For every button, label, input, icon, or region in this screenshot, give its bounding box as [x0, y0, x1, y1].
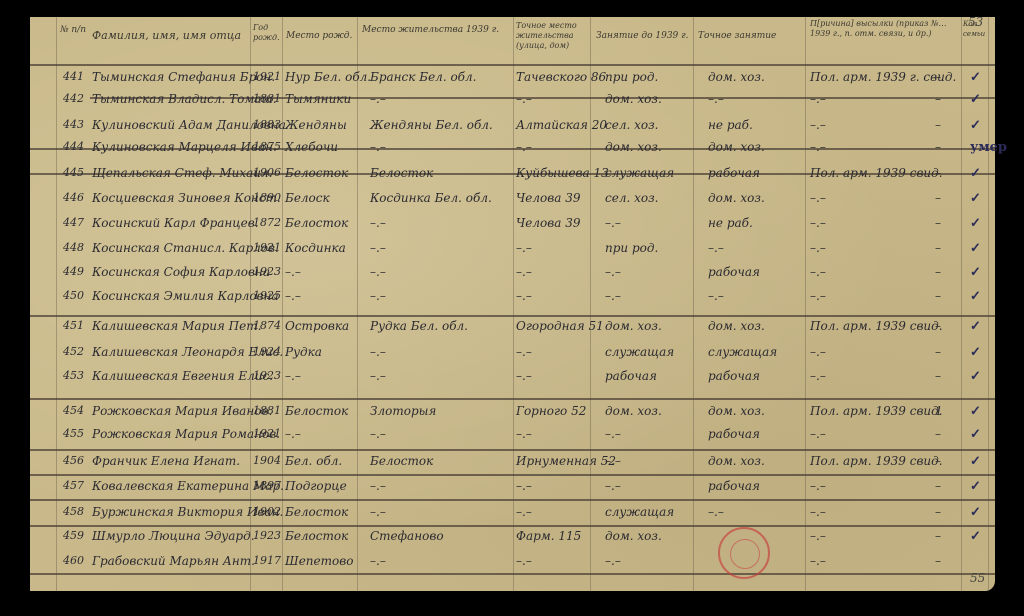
row-divider	[30, 315, 995, 317]
cell-residence: –.–	[370, 345, 386, 359]
cell-year: 1902	[253, 505, 281, 519]
cell-mark: ✓	[970, 241, 981, 256]
cell-birth: Тымяники	[285, 92, 351, 106]
cell-residence: Белосток	[370, 166, 433, 180]
cell-birth: Рудка	[285, 345, 322, 359]
cell-address: –.–	[516, 140, 532, 154]
cell-mark: ✓	[970, 216, 981, 231]
cell-address: –.–	[516, 289, 532, 303]
header-residence: Место жительства 1939 г.	[362, 25, 510, 35]
cell-birth: Нур Бел. обл.	[285, 70, 371, 84]
cell-mark: ✓	[970, 191, 981, 206]
cell-occupation-before: при род.	[605, 241, 658, 255]
cell-family: 1	[935, 404, 943, 418]
cell-family: –	[935, 140, 941, 154]
cell-address: –.–	[516, 554, 532, 568]
cell-family: –	[935, 92, 941, 106]
cell-residence: –.–	[370, 505, 386, 519]
cell-birth: Белосток	[285, 529, 348, 543]
cell-occupation-before: дом. хоз.	[605, 404, 662, 418]
cell-year: 1906	[253, 166, 281, 180]
column-divider	[56, 17, 57, 591]
cell-mark: ✓	[970, 529, 981, 544]
column-divider	[805, 17, 806, 591]
cell-address: Алтайская 20	[516, 118, 607, 132]
cell-occupation-before: –.–	[605, 265, 621, 279]
column-divider	[693, 17, 694, 591]
cell-occupation-before: –.–	[605, 479, 621, 493]
cell-birth: Белосток	[285, 505, 348, 519]
archive-stamp	[718, 527, 770, 579]
cell-address: Куйбышева 13	[516, 166, 609, 180]
cell-occupation: дом. хоз.	[708, 454, 765, 468]
cell-family: –	[935, 529, 941, 543]
cell-no: 442	[63, 92, 84, 106]
cell-year: 1897	[253, 479, 281, 493]
cell-no: 447	[63, 216, 84, 230]
cell-residence: Жендяны Бел. обл.	[370, 118, 493, 132]
cell-residence: –.–	[370, 265, 386, 279]
header-birthplace: Место рожд.	[286, 31, 352, 41]
cell-occupation-before: –.–	[605, 289, 621, 303]
cell-mark: ✓	[970, 319, 981, 334]
cell-mark: ✓	[970, 505, 981, 520]
cell-family: –	[935, 70, 941, 84]
cell-residence: Злоторыя	[370, 404, 436, 418]
cell-year: 1881	[253, 404, 281, 418]
cell-occupation: рабочая	[708, 427, 760, 441]
cell-occupation: служащая	[708, 345, 777, 359]
cell-no: 454	[63, 404, 84, 418]
cell-address: Ирнуменная 52	[516, 454, 616, 468]
cell-family: –	[935, 554, 941, 568]
cell-residence: –.–	[370, 427, 386, 441]
cell-occupation: дом. хоз.	[708, 70, 765, 84]
cell-name: Грабовский Марьян Ант.	[92, 554, 255, 568]
cell-year: 1875	[253, 140, 281, 154]
cell-birth: –.–	[285, 289, 301, 303]
cell-name: Рожковская Мария Романов.	[92, 427, 280, 441]
cell-year: 1874	[253, 319, 281, 333]
cell-no: 444	[63, 140, 84, 154]
cell-family: –	[935, 427, 941, 441]
cell-name: Калишевская Евгения Елис.	[92, 369, 273, 383]
cell-address: –.–	[516, 479, 532, 493]
row-divider	[30, 573, 995, 575]
cell-reason: –.–	[810, 505, 826, 519]
cell-family: –	[935, 505, 941, 519]
cell-occupation-before: –.–	[605, 454, 621, 468]
cell-residence: Бранск Бел. обл.	[370, 70, 476, 84]
cell-address: –.–	[516, 427, 532, 441]
cell-occupation: рабочая	[708, 265, 760, 279]
cell-occupation: рабочая	[708, 166, 760, 180]
cell-family: –	[935, 191, 941, 205]
column-divider	[590, 17, 591, 591]
cell-birth: Белосток	[285, 216, 348, 230]
cell-year: 1924	[253, 345, 281, 359]
row-divider	[30, 449, 995, 451]
cell-occupation: рабочая	[708, 479, 760, 493]
page-number-bottom: 55	[970, 571, 985, 585]
cell-occupation: –.–	[708, 92, 724, 106]
cell-reason: –.–	[810, 241, 826, 255]
cell-year: 1923	[253, 529, 281, 543]
cell-no: 458	[63, 505, 84, 519]
cell-address: Горного 52	[516, 404, 586, 418]
cell-birth: Шепетово	[285, 554, 353, 568]
cell-reason: –.–	[810, 191, 826, 205]
cell-no: 445	[63, 166, 84, 180]
cell-residence: –.–	[370, 289, 386, 303]
row-divider	[30, 398, 995, 400]
cell-address: –.–	[516, 92, 532, 106]
cell-occupation-before: сел. хоз.	[605, 191, 658, 205]
column-divider	[988, 17, 989, 591]
cell-residence: Косдинка Бел. обл.	[370, 191, 492, 205]
cell-no: 457	[63, 479, 84, 493]
cell-reason: –.–	[810, 118, 826, 132]
cell-occupation: не раб.	[708, 216, 753, 230]
cell-no: 456	[63, 454, 84, 468]
cell-reason: –.–	[810, 369, 826, 383]
cell-mark: ✓	[970, 289, 981, 304]
cell-family: –	[935, 345, 941, 359]
cell-birth: Хлебочи	[285, 140, 338, 154]
cell-occupation-before: рабочая	[605, 369, 657, 383]
cell-residence: –.–	[370, 216, 386, 230]
cell-no: 443	[63, 118, 84, 132]
column-divider	[357, 17, 358, 591]
cell-occupation-before: дом. хоз.	[605, 92, 662, 106]
cell-residence: Белосток	[370, 454, 433, 468]
cell-year: 1881	[253, 92, 281, 106]
cell-no: 460	[63, 554, 84, 568]
cell-birth: Косдинка	[285, 241, 346, 255]
cell-reason: –.–	[810, 479, 826, 493]
cell-mark: ✓	[970, 479, 981, 494]
cell-name: Косинская Эмилия Карловна	[92, 289, 279, 303]
cell-reason: –.–	[810, 529, 826, 543]
cell-address: Челова 39	[516, 191, 580, 205]
cell-mark: ✓	[970, 404, 981, 419]
cell-name: Шмурло Люцина Эдуард.	[92, 529, 255, 543]
cell-mark: ✓	[970, 454, 981, 469]
cell-reason: –.–	[810, 554, 826, 568]
cell-mark: ✓	[970, 166, 981, 181]
cell-birth: –.–	[285, 427, 301, 441]
cell-occupation: дом. хоз.	[708, 404, 765, 418]
cell-reason: –.–	[810, 216, 826, 230]
cell-residence: –.–	[370, 554, 386, 568]
cell-no: 451	[63, 319, 84, 333]
cell-residence: –.–	[370, 241, 386, 255]
row-divider	[30, 64, 995, 66]
cell-no: 459	[63, 529, 84, 543]
header-occupation-before: Занятие до 1939 г.	[596, 31, 689, 41]
cell-no: 449	[63, 265, 84, 279]
cell-reason: –.–	[810, 92, 826, 106]
cell-occupation-before: –.–	[605, 554, 621, 568]
cell-no: 450	[63, 289, 84, 303]
cell-family: –	[935, 118, 941, 132]
cell-occupation: не раб.	[708, 118, 753, 132]
cell-no: 448	[63, 241, 84, 255]
cell-name: Кулиновская Марцеля Иван.	[92, 140, 277, 154]
cell-reason: –.–	[810, 140, 826, 154]
cell-address: Челова 39	[516, 216, 580, 230]
cell-no: 441	[63, 70, 84, 84]
cell-occupation-before: служащая	[605, 166, 674, 180]
cell-mark: ✓	[970, 369, 981, 384]
cell-occupation-before: –.–	[605, 427, 621, 441]
cell-occupation-before: дом. хоз.	[605, 319, 662, 333]
cell-mark: ✓	[970, 345, 981, 360]
cell-mark: ✓	[970, 427, 981, 442]
cell-no: 452	[63, 345, 84, 359]
cell-no: 446	[63, 191, 84, 205]
cell-occupation: –.–	[708, 241, 724, 255]
cell-name: Тыминская Стефания Брон.	[92, 70, 275, 84]
cell-residence: –.–	[370, 479, 386, 493]
cell-year: 1904	[253, 454, 281, 468]
cell-occupation-before: служащая	[605, 505, 674, 519]
cell-year: 1923	[253, 265, 281, 279]
cell-family: –	[935, 216, 941, 230]
cell-reason: Пол. арм. 1939 свид.	[810, 319, 943, 333]
cell-reason: –.–	[810, 289, 826, 303]
cell-address: –.–	[516, 505, 532, 519]
cell-address: Фарм. 115	[516, 529, 581, 543]
cell-reason: Пол. арм. 1939 свид.	[810, 166, 943, 180]
cell-residence: Стефаново	[370, 529, 444, 543]
cell-birth: Островка	[285, 319, 349, 333]
header-address: Точное место жительства (улица, дом)	[516, 21, 590, 51]
row-divider	[30, 474, 995, 476]
cell-occupation: дом. хоз.	[708, 191, 765, 205]
cell-name: Косинская Станисл. Карлов.	[92, 241, 279, 255]
cell-address: Тачевского 86	[516, 70, 606, 84]
cell-reason: –.–	[810, 427, 826, 441]
header-name: Фамилия, имя, имя отца	[92, 31, 241, 41]
cell-year: 1921	[253, 427, 281, 441]
row-divider	[30, 525, 995, 527]
cell-address: –.–	[516, 345, 532, 359]
cell-occupation: дом. хоз.	[708, 319, 765, 333]
column-divider	[513, 17, 514, 591]
cell-mark: ✓	[970, 118, 981, 133]
cell-birth: Белосток	[285, 404, 348, 418]
cell-name: Щепальская Стеф. Михаил.	[92, 166, 272, 180]
cell-family: –	[935, 166, 941, 180]
cell-name: Косинский Карл Францев.	[92, 216, 259, 230]
cell-residence: Рудка Бел. обл.	[370, 319, 468, 333]
cell-occupation-before: служащая	[605, 345, 674, 359]
cell-year: 1872	[253, 216, 281, 230]
cell-name: Рожковская Мария Иванов.	[92, 404, 272, 418]
cell-address: –.–	[516, 265, 532, 279]
cell-year: 1921	[253, 241, 281, 255]
cell-year: 1890	[253, 191, 281, 205]
cell-residence: –.–	[370, 140, 386, 154]
cell-year: 1883	[253, 118, 281, 132]
cell-no: 455	[63, 427, 84, 441]
cell-birth: Жендяны	[285, 118, 347, 132]
cell-reason: Пол. арм. 1939 свид.	[810, 404, 943, 418]
header-occupation: Точное занятие	[698, 31, 776, 41]
cell-birth: Подгорце	[285, 479, 347, 493]
cell-address: –.–	[516, 241, 532, 255]
cell-name: Тыминская Владисл. Томаш.	[92, 92, 277, 106]
cell-occupation-before: сел. хоз.	[605, 118, 658, 132]
cell-occupation-before: –.–	[605, 216, 621, 230]
cell-year: 1917	[253, 554, 281, 568]
column-divider	[961, 17, 962, 591]
cell-mark: ✓	[970, 265, 981, 280]
cell-occupation: рабочая	[708, 369, 760, 383]
cell-occupation-before: дом. хоз.	[605, 529, 662, 543]
page-number-top: 53	[968, 15, 983, 29]
header-year: Год рожд.	[253, 23, 281, 43]
cell-mark: умер	[970, 140, 1007, 155]
cell-birth: Белоск	[285, 191, 330, 205]
cell-reason: Пол. арм. 1939 свид.	[810, 454, 943, 468]
cell-name: Франчик Елена Игнат.	[92, 454, 240, 468]
cell-mark: ✓	[970, 70, 981, 85]
cell-year: 1921	[253, 70, 281, 84]
cell-family: –	[935, 319, 941, 333]
cell-family: –	[935, 369, 941, 383]
cell-residence: –.–	[370, 369, 386, 383]
row-divider	[30, 499, 995, 501]
cell-birth: –.–	[285, 265, 301, 279]
cell-occupation: дом. хоз.	[708, 140, 765, 154]
cell-birth: Бел. обл.	[285, 454, 342, 468]
cell-occupation-before: при род.	[605, 70, 658, 84]
ledger-page: № п/п Фамилия, имя, имя отца Год рожд. М…	[30, 17, 995, 591]
header-reason: П[ричина] высылки (приказ №… 1939 г., п.…	[810, 19, 960, 39]
cell-family: –	[935, 479, 941, 493]
cell-family: –	[935, 241, 941, 255]
cell-year: 1925	[253, 289, 281, 303]
cell-reason: –.–	[810, 265, 826, 279]
cell-address: Огородная 51	[516, 319, 604, 333]
cell-family: –	[935, 454, 941, 468]
cell-name: Косинская София Карловна	[92, 265, 270, 279]
cell-year: 1923	[253, 369, 281, 383]
cell-birth: Белосток	[285, 166, 348, 180]
cell-birth: –.–	[285, 369, 301, 383]
cell-occupation: –.–	[708, 505, 724, 519]
cell-mark: ✓	[970, 92, 981, 107]
header-no: № п/п	[60, 25, 90, 35]
cell-reason: –.–	[810, 345, 826, 359]
cell-family: –	[935, 265, 941, 279]
cell-address: –.–	[516, 369, 532, 383]
cell-occupation-before: дом. хоз.	[605, 140, 662, 154]
cell-name: Калишевская Мария Пет.	[92, 319, 261, 333]
cell-residence: –.–	[370, 92, 386, 106]
cell-family: –	[935, 289, 941, 303]
cell-no: 453	[63, 369, 84, 383]
cell-occupation: –.–	[708, 289, 724, 303]
